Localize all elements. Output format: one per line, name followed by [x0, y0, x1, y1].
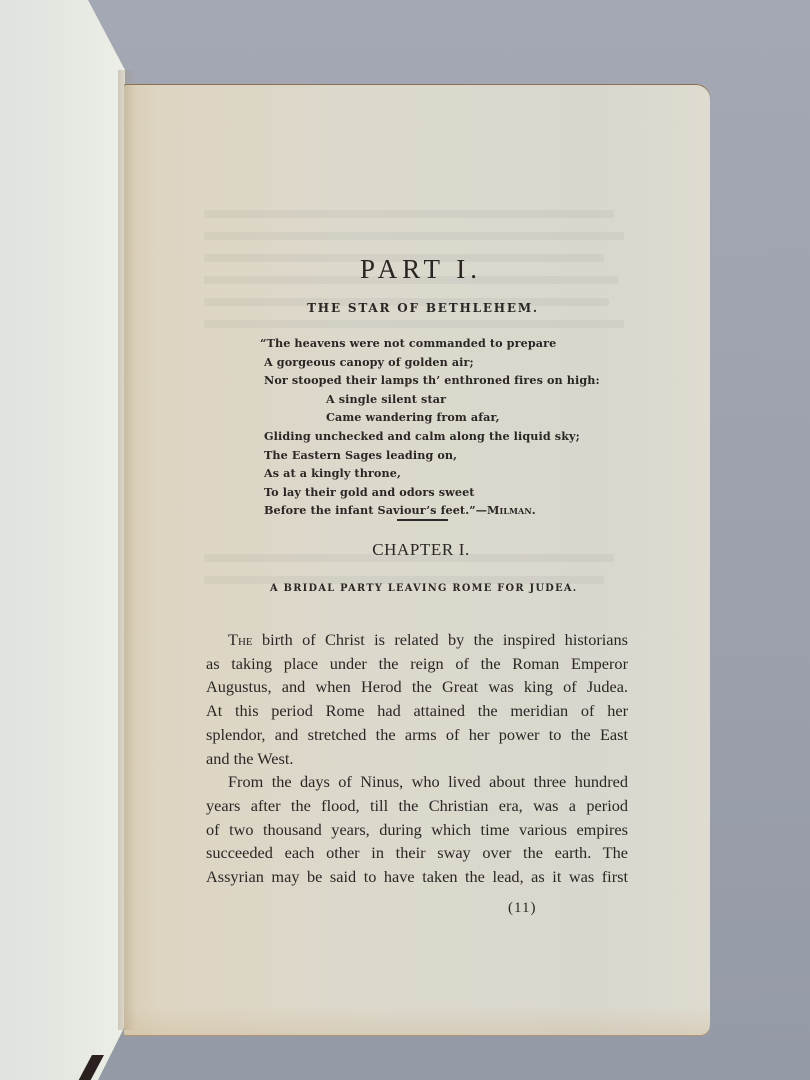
paragraph-1-line: as taking place under the reign of the R… [206, 652, 628, 676]
body-text: The birth of Christ is related by the in… [206, 628, 628, 889]
paragraph-2-line: Assyrian may be said to have taken the l… [206, 865, 628, 889]
page-content: PART I. THE STAR OF BETHLEHEM. “The heav… [124, 84, 710, 1036]
paragraph-1-line: and the West. [206, 747, 628, 771]
poem-line-text: Before the infant Saviour’s feet.”— [264, 503, 487, 517]
lead-word: The [228, 630, 253, 649]
page-number: (11) [508, 900, 536, 917]
poem-line: Came wandering from afar, [264, 408, 600, 427]
paragraph-2-line: years after the flood, till the Christia… [206, 794, 628, 818]
poem-line: A single silent star [264, 390, 600, 409]
book-page: PART I. THE STAR OF BETHLEHEM. “The heav… [124, 84, 710, 1036]
paragraph-2-line: of two thousand years, during which time… [206, 818, 628, 842]
paragraph-2-line: From the days of Ninus, who lived about … [206, 770, 628, 794]
chapter-title: CHAPTER I. [128, 540, 714, 560]
poem-line: “The heavens were not commanded to prepa… [260, 334, 600, 353]
paragraph-1-line: Augustus, and when Herod the Great was k… [206, 675, 628, 699]
chapter-subtitle: A BRIDAL PARTY LEAVING ROME FOR JUDEA. [270, 583, 578, 594]
poem-line: Gliding unchecked and calm along the liq… [264, 427, 600, 446]
poem-line: Nor stooped their lamps th’ enthroned fi… [264, 371, 600, 390]
poem-line: A gorgeous canopy of golden air; [264, 353, 600, 372]
left-turned-page [0, 0, 125, 1080]
paragraph-1-line: The birth of Christ is related by the in… [206, 628, 628, 652]
epigraph-poem: “The heavens were not commanded to prepa… [264, 334, 600, 520]
paragraph-1-line: splendor, and stretched the arms of her … [206, 723, 628, 747]
epigraph-attribution: Milman. [487, 503, 536, 517]
poem-line: The Eastern Sages leading on, [264, 446, 600, 465]
gutter-shadow [118, 70, 136, 1030]
paragraph-1-line: At this period Rome had attained the mer… [206, 699, 628, 723]
part-title: PART I. [128, 254, 714, 285]
poem-line-last: Before the infant Saviour’s feet.”—Milma… [264, 501, 600, 520]
part-subtitle: THE STAR OF BETHLEHEM. [130, 301, 716, 315]
poem-line: As at a kingly throne, [264, 464, 600, 483]
poem-line: To lay their gold and odors sweet [264, 483, 600, 502]
paragraph-2-line: succeeded each other in their sway over … [206, 841, 628, 865]
section-divider-rule [397, 519, 448, 521]
